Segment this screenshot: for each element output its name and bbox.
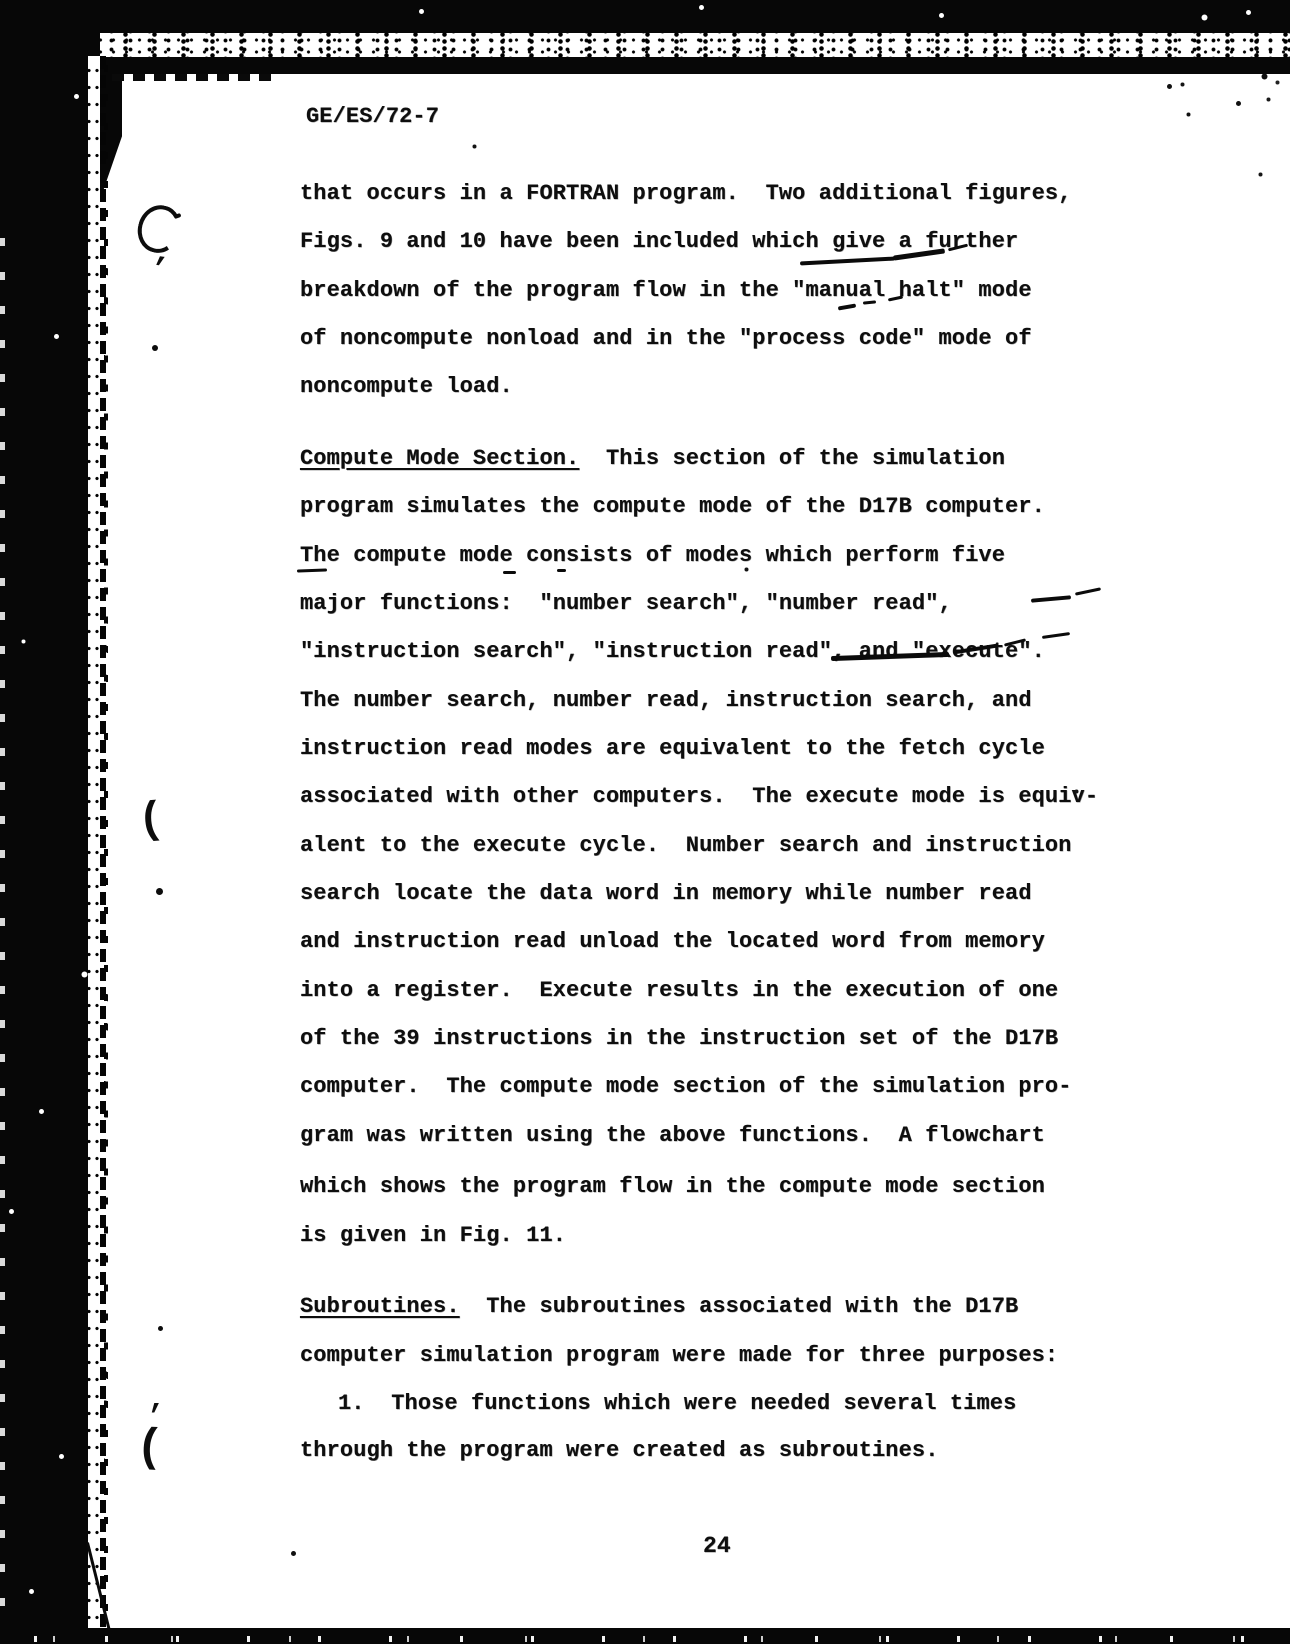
scan-border-left bbox=[0, 0, 90, 1644]
stray-comma-mark: , bbox=[148, 1385, 166, 1415]
scan-stitch-line bbox=[100, 56, 109, 1644]
text-run: The subroutines associated with the D17B bbox=[460, 1294, 1019, 1319]
stray-dot-mark bbox=[152, 345, 158, 351]
correction-smudge bbox=[863, 300, 876, 304]
text-line: that occurs in a FORTRAN program. Two ad… bbox=[300, 180, 1072, 207]
text-line: associated with other computers. The exe… bbox=[300, 783, 1098, 810]
text-line: The compute mode consists of modes which… bbox=[300, 542, 1005, 569]
text-line: into a register. Execute results in the … bbox=[300, 977, 1058, 1004]
stray-paren-mark: ( bbox=[135, 1424, 165, 1471]
stray-apostrophe-mark: ’ bbox=[148, 255, 170, 287]
scanned-document-page: GE/ES/72-7 that occurs in a FORTRAN prog… bbox=[0, 0, 1290, 1644]
stray-paren-mark: ( bbox=[136, 798, 166, 844]
correction-smudge bbox=[503, 571, 516, 574]
text-line: breakdown of the program flow in the "ma… bbox=[300, 277, 1032, 304]
text-line: search locate the data word in memory wh… bbox=[300, 880, 1032, 907]
correction-smudge bbox=[1075, 587, 1101, 595]
text-line: major functions: "number search", "numbe… bbox=[300, 590, 952, 617]
text-line: of the 39 instructions in the instructio… bbox=[300, 1025, 1058, 1052]
section-heading-line: Subroutines. The subroutines associated … bbox=[300, 1293, 1018, 1320]
ring-stain-mark bbox=[133, 201, 185, 258]
text-line: instruction read modes are equivalent to… bbox=[300, 735, 1045, 762]
section-heading-line: Compute Mode Section. This section of th… bbox=[300, 445, 1005, 472]
scan-noise-stripe bbox=[100, 33, 1290, 57]
stray-dot-mark bbox=[156, 888, 163, 895]
text-line: program simulates the compute mode of th… bbox=[300, 493, 1045, 520]
scan-edge-noise bbox=[0, 0, 5, 1644]
scan-binding-gap bbox=[88, 56, 100, 1644]
scan-border-noise bbox=[0, 1636, 1290, 1642]
text-line: of noncompute nonload and in the "proces… bbox=[300, 325, 1032, 352]
text-line: through the program were created as subr… bbox=[300, 1437, 939, 1464]
text-line: is given in Fig. 11. bbox=[300, 1222, 566, 1249]
text-line: Figs. 9 and 10 have been included which … bbox=[300, 228, 1018, 255]
report-number: GE/ES/72-7 bbox=[306, 103, 439, 130]
text-line: which shows the program flow in the comp… bbox=[300, 1173, 1045, 1200]
text-line: alent to the execute cycle. Number searc… bbox=[300, 832, 1072, 859]
text-line: computer simulation program were made fo… bbox=[300, 1342, 1058, 1369]
scan-ragged-edge bbox=[112, 74, 272, 81]
text-line: and instruction read unload the located … bbox=[300, 928, 1045, 955]
text-line: gram was written using the above functio… bbox=[300, 1122, 1045, 1149]
correction-smudge bbox=[800, 257, 895, 266]
scan-border-bottom bbox=[0, 1628, 1290, 1644]
correction-smudge bbox=[838, 303, 856, 310]
section-heading-compute-mode: Compute Mode Section. bbox=[300, 446, 579, 471]
scan-border-top bbox=[0, 0, 1290, 74]
section-heading-subroutines: Subroutines. bbox=[300, 1294, 460, 1319]
text-line: noncompute load. bbox=[300, 373, 513, 400]
text-line: computer. The compute mode section of th… bbox=[300, 1073, 1072, 1100]
correction-smudge bbox=[557, 569, 566, 572]
correction-smudge bbox=[297, 568, 327, 572]
correction-smudge bbox=[1042, 632, 1070, 639]
text-line-list-item: 1. Those functions which were needed sev… bbox=[338, 1390, 1016, 1417]
scan-specks-light bbox=[0, 0, 3, 3]
correction-smudge bbox=[1031, 595, 1071, 602]
text-run: This section of the simulation bbox=[579, 446, 1005, 471]
stray-dot-mark bbox=[158, 1326, 163, 1331]
text-line: The number search, number read, instruct… bbox=[300, 687, 1032, 714]
page-number: 24 bbox=[703, 1533, 731, 1560]
